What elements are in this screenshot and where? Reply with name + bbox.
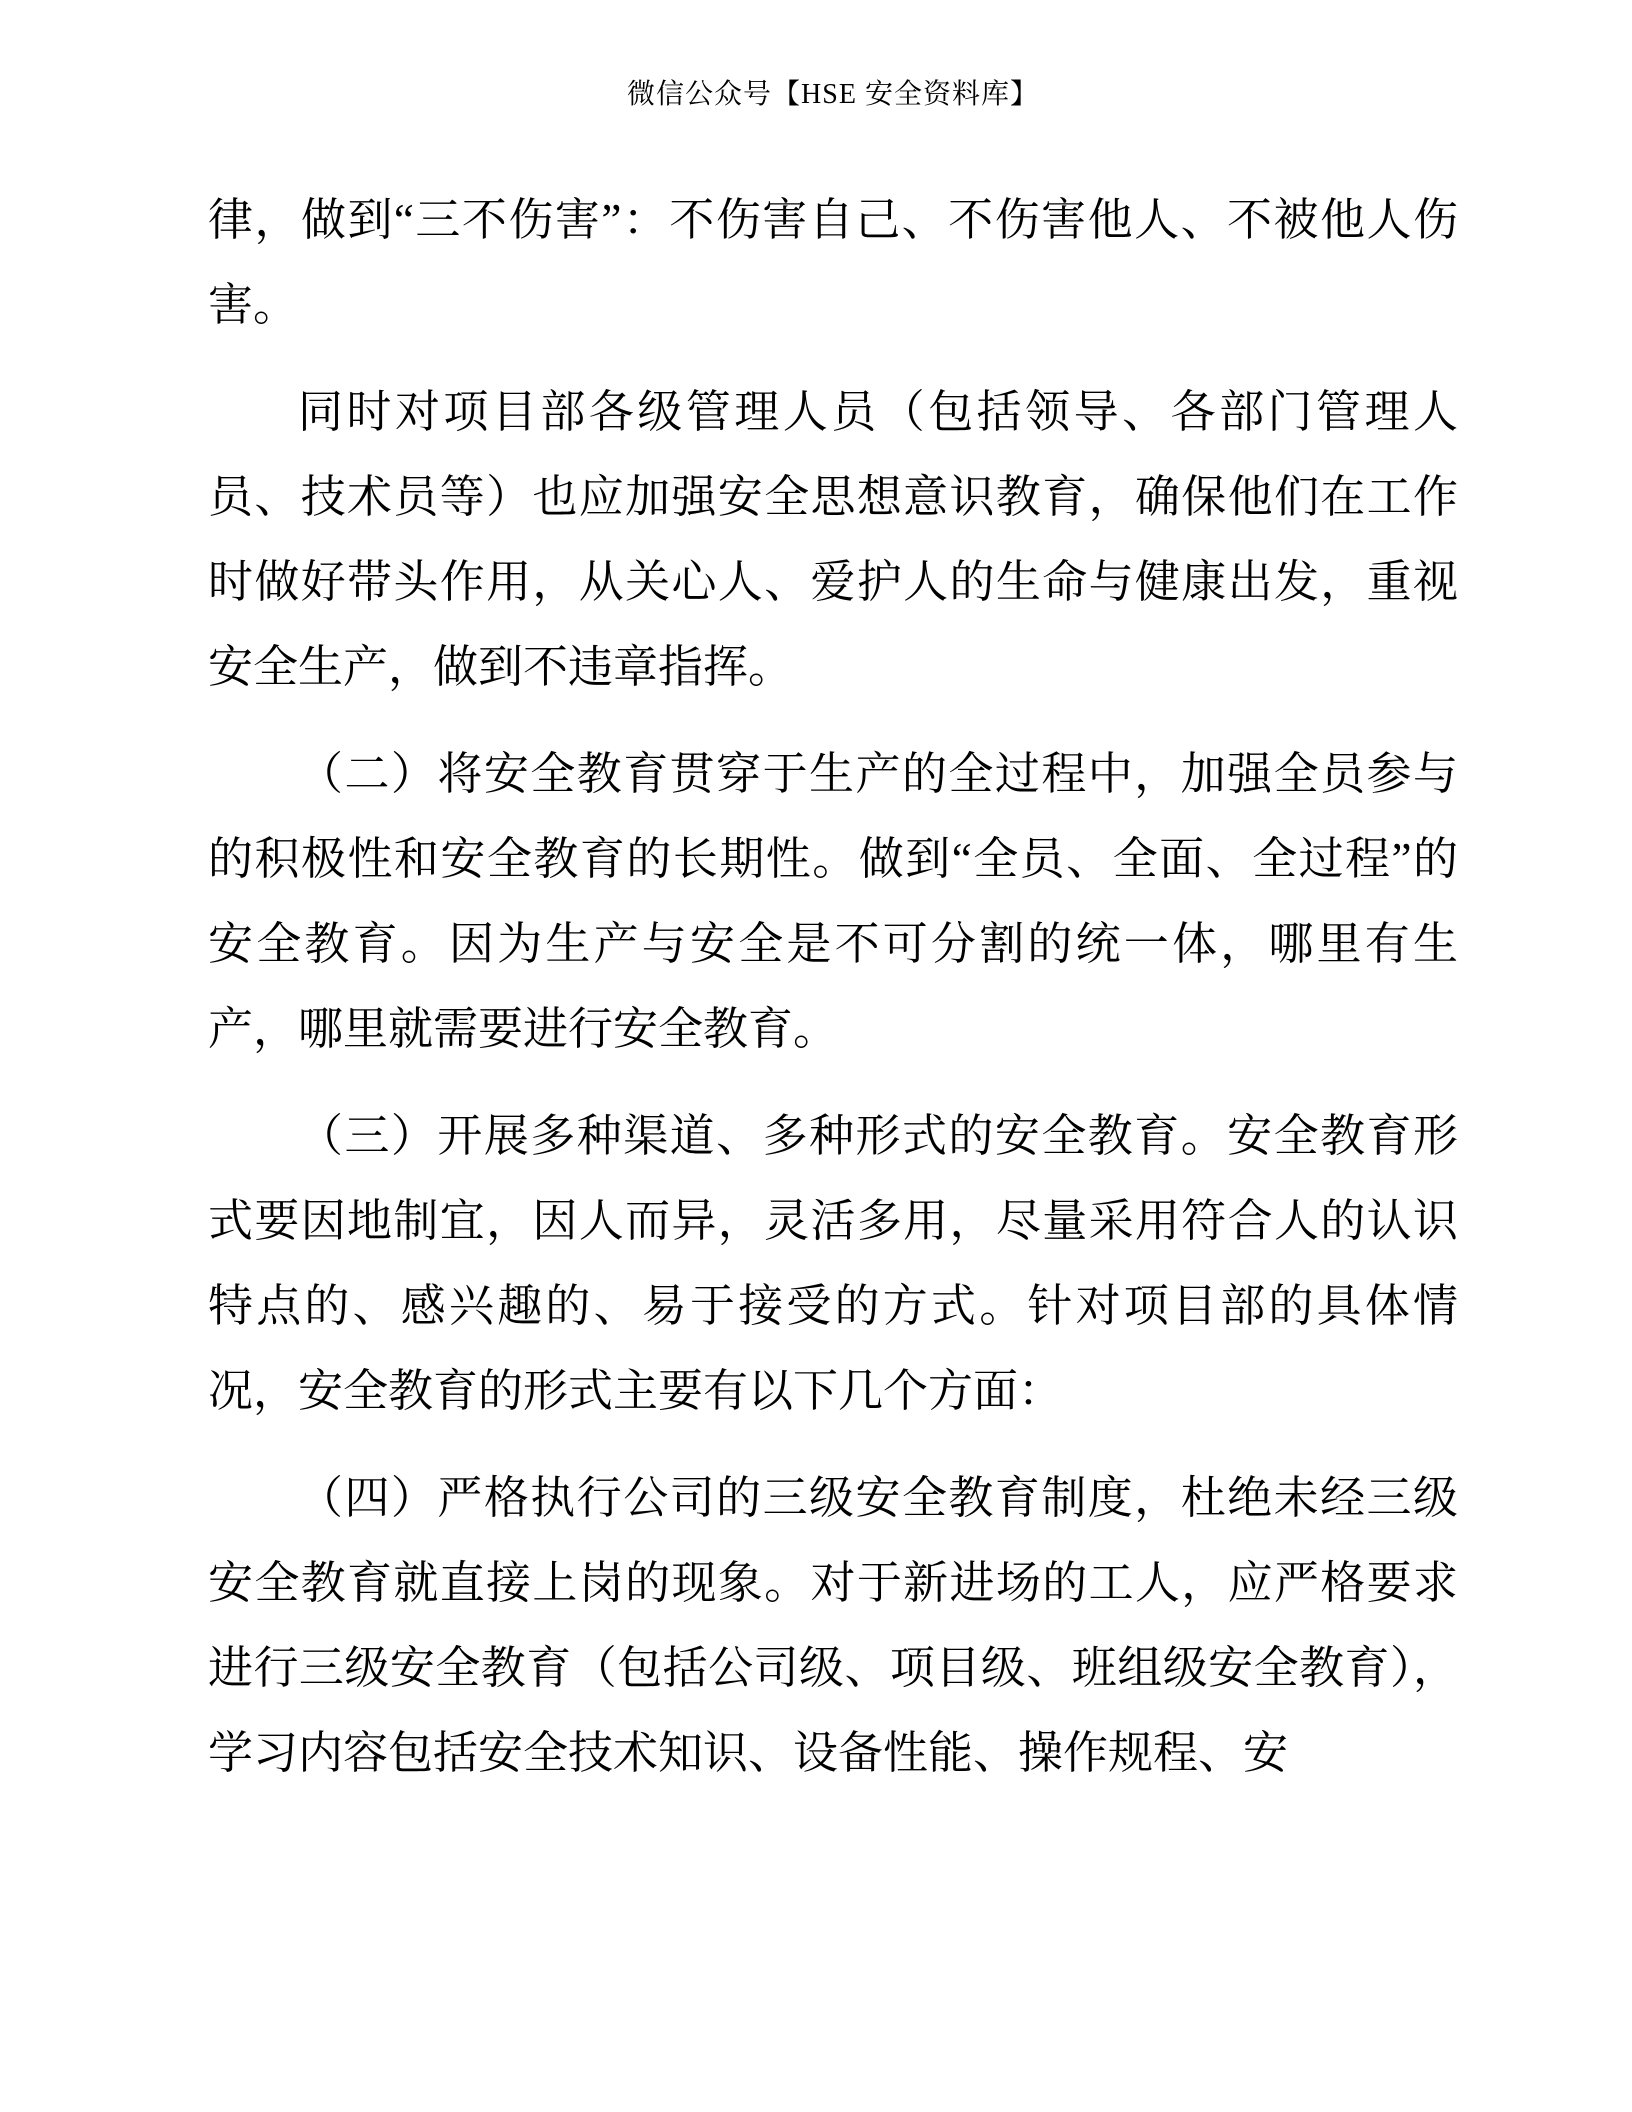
document-page: 微信公众号【HSE 安全资料库】 律，做到“三不伤害”：不伤害自己、不伤害他人、… <box>0 0 1632 2112</box>
paragraph-item-three: （三）开展多种渠道、多种形式的安全教育。安全教育形式要因地制宜，因人而异，灵活多… <box>208 1094 1458 1434</box>
paragraph-item-four: （四）严格执行公司的三级安全教育制度，杜绝未经三级安全教育就直接上岗的现象。对于… <box>208 1456 1458 1796</box>
paragraph-item-two: （二）将安全教育贯穿于生产的全过程中，加强全员参与的积极性和安全教育的长期性。做… <box>208 732 1458 1072</box>
document-body: 律，做到“三不伤害”：不伤害自己、不伤害他人、不被他人伤害。 同时对项目部各级管… <box>208 178 1458 1796</box>
page-header: 微信公众号【HSE 安全资料库】 <box>208 78 1458 112</box>
paragraph-management-education: 同时对项目部各级管理人员（包括领导、各部门管理人员、技术员等）也应加强安全思想意… <box>208 370 1458 710</box>
paragraph-continuation: 律，做到“三不伤害”：不伤害自己、不伤害他人、不被他人伤害。 <box>208 178 1458 348</box>
